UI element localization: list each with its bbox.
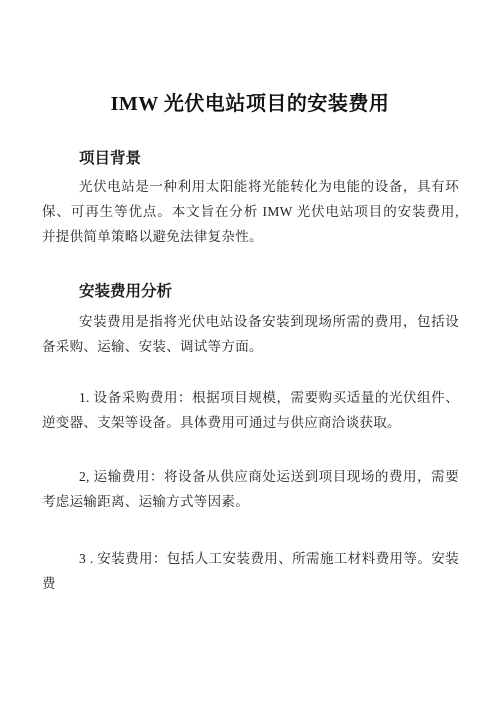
- document-page: IMW 光伏电站项目的安装费用 项目背景 光伏电站是一种利用太阳能将光能转化为电…: [0, 0, 500, 707]
- paragraph-item-installation-cost: 3 . 安装费用：包括人工安装费用、所需施工材料费用等。安装费: [42, 546, 459, 596]
- section-heading-project-background: 项目背景: [79, 150, 141, 169]
- page-title: IMW 光伏电站项目的安装费用: [0, 92, 500, 116]
- paragraph-project-background: 光伏电站是一种利用太阳能将光能转化为电能的设备，具有环保、可再生等优点。本文旨在…: [42, 174, 459, 249]
- paragraph-item-transport-cost: 2, 运输费用：将设备从供应商处运送到项目现场的费用，需要考虑运输距离、运输方式…: [42, 464, 459, 514]
- paragraph-cost-overview: 安装费用是指将光伏电站设备安装到现场所需的费用，包括设备采购、运输、安装、调试等…: [42, 309, 459, 359]
- paragraph-item-equipment-purchase: 1. 设备采购费用：根据项目规模，需要购买适量的光伏组件、逆变器、支架等设备。具…: [42, 385, 459, 435]
- section-heading-installation-cost-analysis: 安装费用分析: [79, 283, 172, 302]
